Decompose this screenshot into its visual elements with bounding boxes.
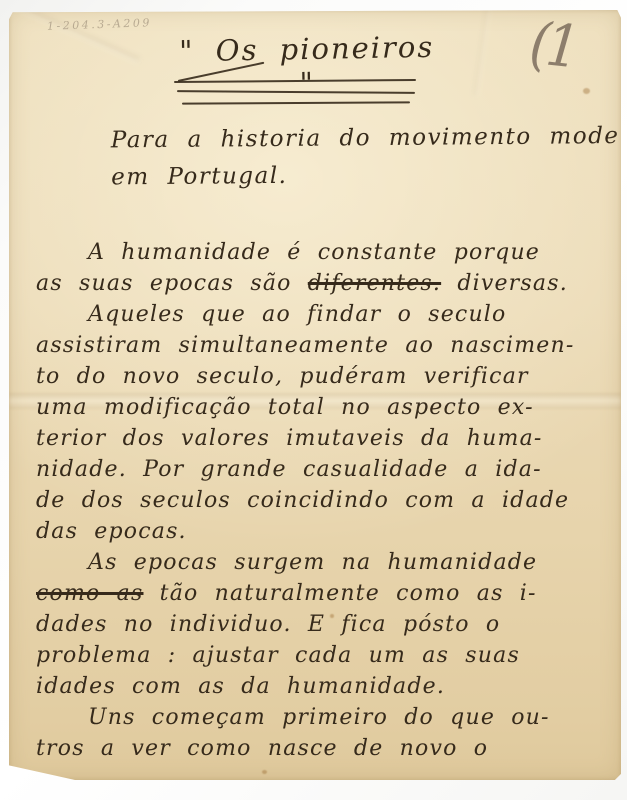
text-segment: das epocas. (36, 519, 187, 544)
title-underline (182, 101, 410, 104)
text-segment: nidade. Por grande casualidade a ida- (36, 457, 542, 482)
manuscript-line: problema : ajustar cada um as suas (36, 640, 602, 671)
struck-text: diferentes. (308, 271, 441, 296)
subtitle-line: em Portugal. (111, 155, 627, 197)
text-segment: A humanidade é constante porque (88, 240, 540, 265)
manuscript-line: de dos seculos coincidindo com a idade (36, 485, 602, 516)
text-segment: as suas epocas são (36, 271, 308, 296)
archival-code: 1-204.3-A209 (47, 16, 152, 33)
manuscript-line: nidade. Por grande casualidade a ida- (36, 454, 602, 485)
manuscript-line: tros a ver como nasce de novo o (36, 733, 602, 764)
text-segment: diversas. (441, 271, 568, 296)
manuscript-line: Uns começam primeiro do que ou- (36, 702, 602, 733)
text-segment: de dos seculos coincidindo com a idade (36, 488, 569, 513)
paragraph: Uns começam primeiro do que ou-tros a ve… (36, 702, 602, 764)
foxing-spot (262, 770, 267, 774)
text-segment: dades no individuo. E fica pósto o (36, 612, 500, 637)
manuscript-line: As epocas surgem na humanidade (36, 547, 602, 578)
manuscript-subtitle: Para a historia do movimento moderno em … (111, 118, 627, 197)
text-segment: to do novo seculo, pudéram verificar (36, 364, 529, 389)
text-segment: problema : ajustar cada um as suas (36, 643, 520, 668)
top-crease (473, 6, 491, 96)
page-number: (1 (527, 10, 579, 82)
text-segment: tros a ver como nasce de novo o (36, 736, 488, 761)
manuscript-line: as suas epocas são diferentes. diversas. (36, 268, 602, 299)
text-segment: idades com as da humanidade. (36, 674, 445, 699)
manuscript-page: 1-204.3-A209 (1 " Os pioneiros " Para a … (9, 10, 621, 780)
manuscript-line: to do novo seculo, pudéram verificar (36, 361, 602, 392)
text-segment: As epocas surgem na humanidade (88, 550, 537, 575)
manuscript-line: como as tão naturalmente como as i- (36, 578, 602, 609)
paragraph: As epocas surgem na humanidadecomo as tã… (36, 547, 602, 702)
text-segment: uma modificação total no aspecto ex- (36, 395, 534, 420)
manuscript-line: A humanidade é constante porque (36, 237, 602, 268)
subtitle-line: Para a historia do movimento moderno (111, 118, 627, 160)
text-segment: assistiram simultaneamente ao nascimen- (36, 333, 575, 358)
manuscript-line: dades no individuo. E fica pósto o (36, 609, 602, 640)
text-segment: tão naturalmente como as i- (143, 581, 536, 606)
manuscript-line: terior dos valores imutaveis da huma- (36, 423, 602, 454)
manuscript-line: Aqueles que ao findar o seculo (36, 299, 602, 330)
text-segment: Aqueles que ao findar o seculo (88, 302, 507, 327)
struck-text: como as (36, 581, 143, 606)
text-segment: terior dos valores imutaveis da huma- (36, 426, 543, 451)
manuscript-line: das epocas. (36, 516, 602, 547)
paragraph: Aqueles que ao findar o seculoassistiram… (36, 299, 602, 547)
manuscript-line: idades com as da humanidade. (36, 671, 602, 702)
text-segment: Uns começam primeiro do que ou- (88, 705, 550, 730)
manuscript-line: assistiram simultaneamente ao nascimen- (36, 330, 602, 361)
manuscript-body: A humanidade é constante porqueas suas e… (36, 237, 602, 764)
manuscript-line: uma modificação total no aspecto ex- (36, 392, 602, 423)
foxing-spot (583, 88, 590, 94)
paragraph: A humanidade é constante porqueas suas e… (36, 237, 602, 299)
